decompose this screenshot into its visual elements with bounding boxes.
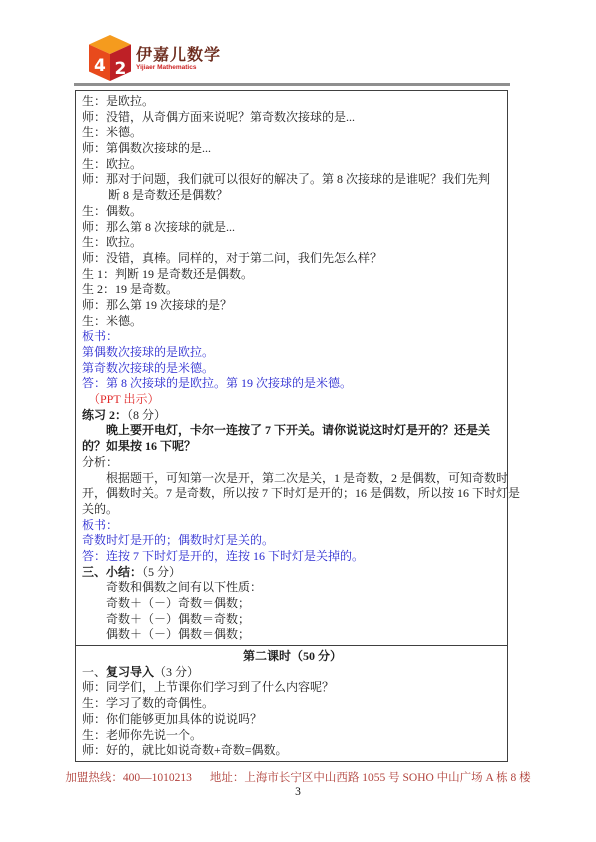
lesson-section-second-period: 第二课时（50 分）一、复习导入（3 分）师：同学们，上节课你们学习到了什么内容… [76,646,507,761]
logo-glyph-4: 4 [94,56,106,76]
hotline-number: 400—1010213 [123,772,192,784]
text-line: 的？如果按 16 下呢？ [82,439,503,455]
line-text: 断 8 是奇数还是偶数？ [108,188,228,202]
line-text: 生：老师你先说一个。 [82,728,202,742]
line-text: （5 分） [142,565,181,579]
page-number: 3 [0,786,596,798]
text-line: 断 8 是奇数还是偶数？ [108,188,503,204]
line-text: 生：米德。 [82,314,142,328]
text-line: 师：好的，就比如说奇数+奇数=偶数。 [82,743,503,759]
text-line: 生：是欧拉。 [82,94,503,110]
text-line: 一、复习导入（3 分） [82,665,503,681]
line-text: 答：连按 7 下时灯是开的，连按 16 下时灯是关掉的。 [82,549,364,563]
text-line: 生 2：19 是奇数。 [82,282,503,298]
text-line: 师：那么第 19 次接球的是？ [82,298,503,314]
text-line: 生：米德。 [82,125,503,141]
header-rule [74,83,510,86]
text-line: 关的。 [82,502,503,518]
text-line: 生：欧拉。 [82,157,503,173]
line-text: 生：米德。 [82,125,142,139]
address-label: 地址： [210,772,245,784]
line-text: 答：第 8 次接球的是欧拉。第 19 次接球的是米德。 [82,376,352,390]
text-line: 第二课时（50 分） [82,649,503,665]
hotline-label: 加盟热线： [65,772,123,784]
text-line: 板书： [82,518,503,534]
text-line: 生：偶数。 [82,204,503,220]
line-text: （3 分） [154,665,199,679]
yijiaer-logo: 4 2 伊嘉儿数学 Yijiaer Mathematics [88,34,221,84]
text-line: 奇数和偶数之间有以下性质： [106,580,503,596]
text-line: 答：连按 7 下时灯是开的，连按 16 下时灯是关掉的。 [82,549,503,565]
text-line: 晚上要开电灯，卡尔一连按了 7 下开关。请你说说这时灯是开的？还是关 [106,423,503,439]
line-text: 板书： [82,518,118,532]
line-text: 奇数＋（－）偶数＝奇数； [106,612,250,626]
text-line: 师：同学们，上节课你们学习到了什么内容呢？ [82,680,503,696]
line-bold-text: 三、小结： [82,565,142,579]
text-line: 偶数＋（－）偶数＝偶数； [106,627,503,643]
line-text: 生：欧拉。 [82,235,142,249]
line-text: 板书： [82,329,118,343]
line-text: 奇数＋（－）奇数＝偶数； [106,596,250,610]
line-text: 偶数＋（－）偶数＝偶数； [106,627,250,641]
line-text: 根据题干，可知第一次是开，第二次是关，1 是奇数，2 是偶数，可知奇数时 [106,471,508,485]
line-bold-text: 的？如果按 16 下呢？ [82,439,196,453]
text-line: 奇数＋（－）偶数＝奇数； [106,612,503,628]
text-line: 练习 2：（8 分） [82,408,503,424]
text-line: 第奇数次接球的是米德。 [82,361,503,377]
line-text: 师：第偶数次接球的是... [82,141,211,155]
line-text: 师：那么第 19 次接球的是？ [82,298,232,312]
line-text: 生：是欧拉。 [82,94,154,108]
text-line: 生：米德。 [82,314,503,330]
footer: 加盟热线：400—1010213地址：上海市长宁区中山西路 1055 号 SOH… [0,769,596,785]
line-text: 师：那对于问题，我们就可以很好的解决了。第 8 次接球的是谁呢？我们先判 [82,172,490,186]
text-line: 生：老师你先说一个。 [82,728,503,744]
text-line: 师：你们能够更加具体的说说吗？ [82,712,503,728]
text-line: 奇数时灯是开的；偶数时灯是关的。 [82,533,503,549]
line-text: 生：学习了数的奇偶性。 [82,696,214,710]
line-text: 师：没错，从奇偶方面来说呢？第奇数次接球的是... [82,110,355,124]
line-bold-text: 练习 2： [82,408,127,422]
text-line: 师：那么第 8 次接球的就是... [82,220,503,236]
line-text: 分析： [82,455,118,469]
line-prefix: 一、 [82,665,106,679]
line-bold-text: 第二课时（50 分） [243,649,342,663]
text-line: 师：第偶数次接球的是... [82,141,503,157]
logo-cube-icon: 4 2 [88,34,132,84]
text-line: 开，偶数时关。7 是奇数，所以按 7 下时灯是开的；16 是偶数，所以按 16 … [82,486,503,502]
address-text: 上海市长宁区中山西路 1055 号 SOHO 中山广场 A 栋 8 楼 [244,772,530,784]
text-line: （PPT 出示） [88,392,503,408]
line-text: 第奇数次接球的是米德。 [82,361,214,375]
line-bold-text: 晚上要开电灯，卡尔一连按了 7 下开关。请你说说这时灯是开的？还是关 [106,423,490,437]
lesson-section-first-period: 生：是欧拉。师：没错，从奇偶方面来说呢？第奇数次接球的是...生：米德。师：第偶… [76,91,507,646]
line-text: 生：偶数。 [82,204,142,218]
brand-name-en: Yijiaer Mathematics [136,64,221,72]
line-text: 师：没错，真棒。同样的，对于第二问，我们先怎么样？ [82,251,382,265]
line-text: 师：好的，就比如说奇数+奇数=偶数。 [82,743,288,757]
brand-text: 伊嘉儿数学 Yijiaer Mathematics [136,47,221,72]
line-text: 关的。 [82,502,118,516]
text-line: 生：欧拉。 [82,235,503,251]
line-text: 生 2：19 是奇数。 [82,282,178,296]
text-line: 奇数＋（－）奇数＝偶数； [106,596,503,612]
brand-name-cn: 伊嘉儿数学 [136,47,221,64]
line-text: （8 分） [127,408,166,422]
text-line: 师：没错，从奇偶方面来说呢？第奇数次接球的是... [82,110,503,126]
line-text: 师：那么第 8 次接球的就是... [82,220,235,234]
line-text: 生 1：判断 19 是奇数还是偶数。 [82,267,253,281]
document-page: 4 2 伊嘉儿数学 Yijiaer Mathematics 生：是欧拉。师：没错… [0,0,596,842]
line-text: 师：你们能够更加具体的说说吗？ [82,712,262,726]
line-text: 第偶数次接球的是欧拉。 [82,345,214,359]
text-line: 生 1：判断 19 是奇数还是偶数。 [82,267,503,283]
line-text: 师：同学们，上节课你们学习到了什么内容呢？ [82,680,334,694]
text-line: 板书： [82,329,503,345]
text-line: 师：那对于问题，我们就可以很好的解决了。第 8 次接球的是谁呢？我们先判 [82,172,503,188]
lesson-table: 生：是欧拉。师：没错，从奇偶方面来说呢？第奇数次接球的是...生：米德。师：第偶… [75,90,508,762]
line-text: 生：欧拉。 [82,157,142,171]
text-line: 根据题干，可知第一次是开，第二次是关，1 是奇数，2 是偶数，可知奇数时 [106,471,503,487]
text-line: 师：没错，真棒。同样的，对于第二问，我们先怎么样？ [82,251,503,267]
logo-glyph-2: 2 [115,59,127,79]
line-bold-text: 复习导入 [106,665,154,679]
line-text: 开，偶数时关。7 是奇数，所以按 7 下时灯是开的；16 是偶数，所以按 16 … [82,486,520,500]
line-text: 奇数和偶数之间有以下性质： [106,580,262,594]
text-line: 分析： [82,455,503,471]
text-line: 生：学习了数的奇偶性。 [82,696,503,712]
text-line: 第偶数次接球的是欧拉。 [82,345,503,361]
line-text: （PPT 出示） [88,392,159,406]
line-text: 奇数时灯是开的；偶数时灯是关的。 [82,533,274,547]
text-line: 答：第 8 次接球的是欧拉。第 19 次接球的是米德。 [82,376,503,392]
text-line: 三、小结：（5 分） [82,565,503,581]
